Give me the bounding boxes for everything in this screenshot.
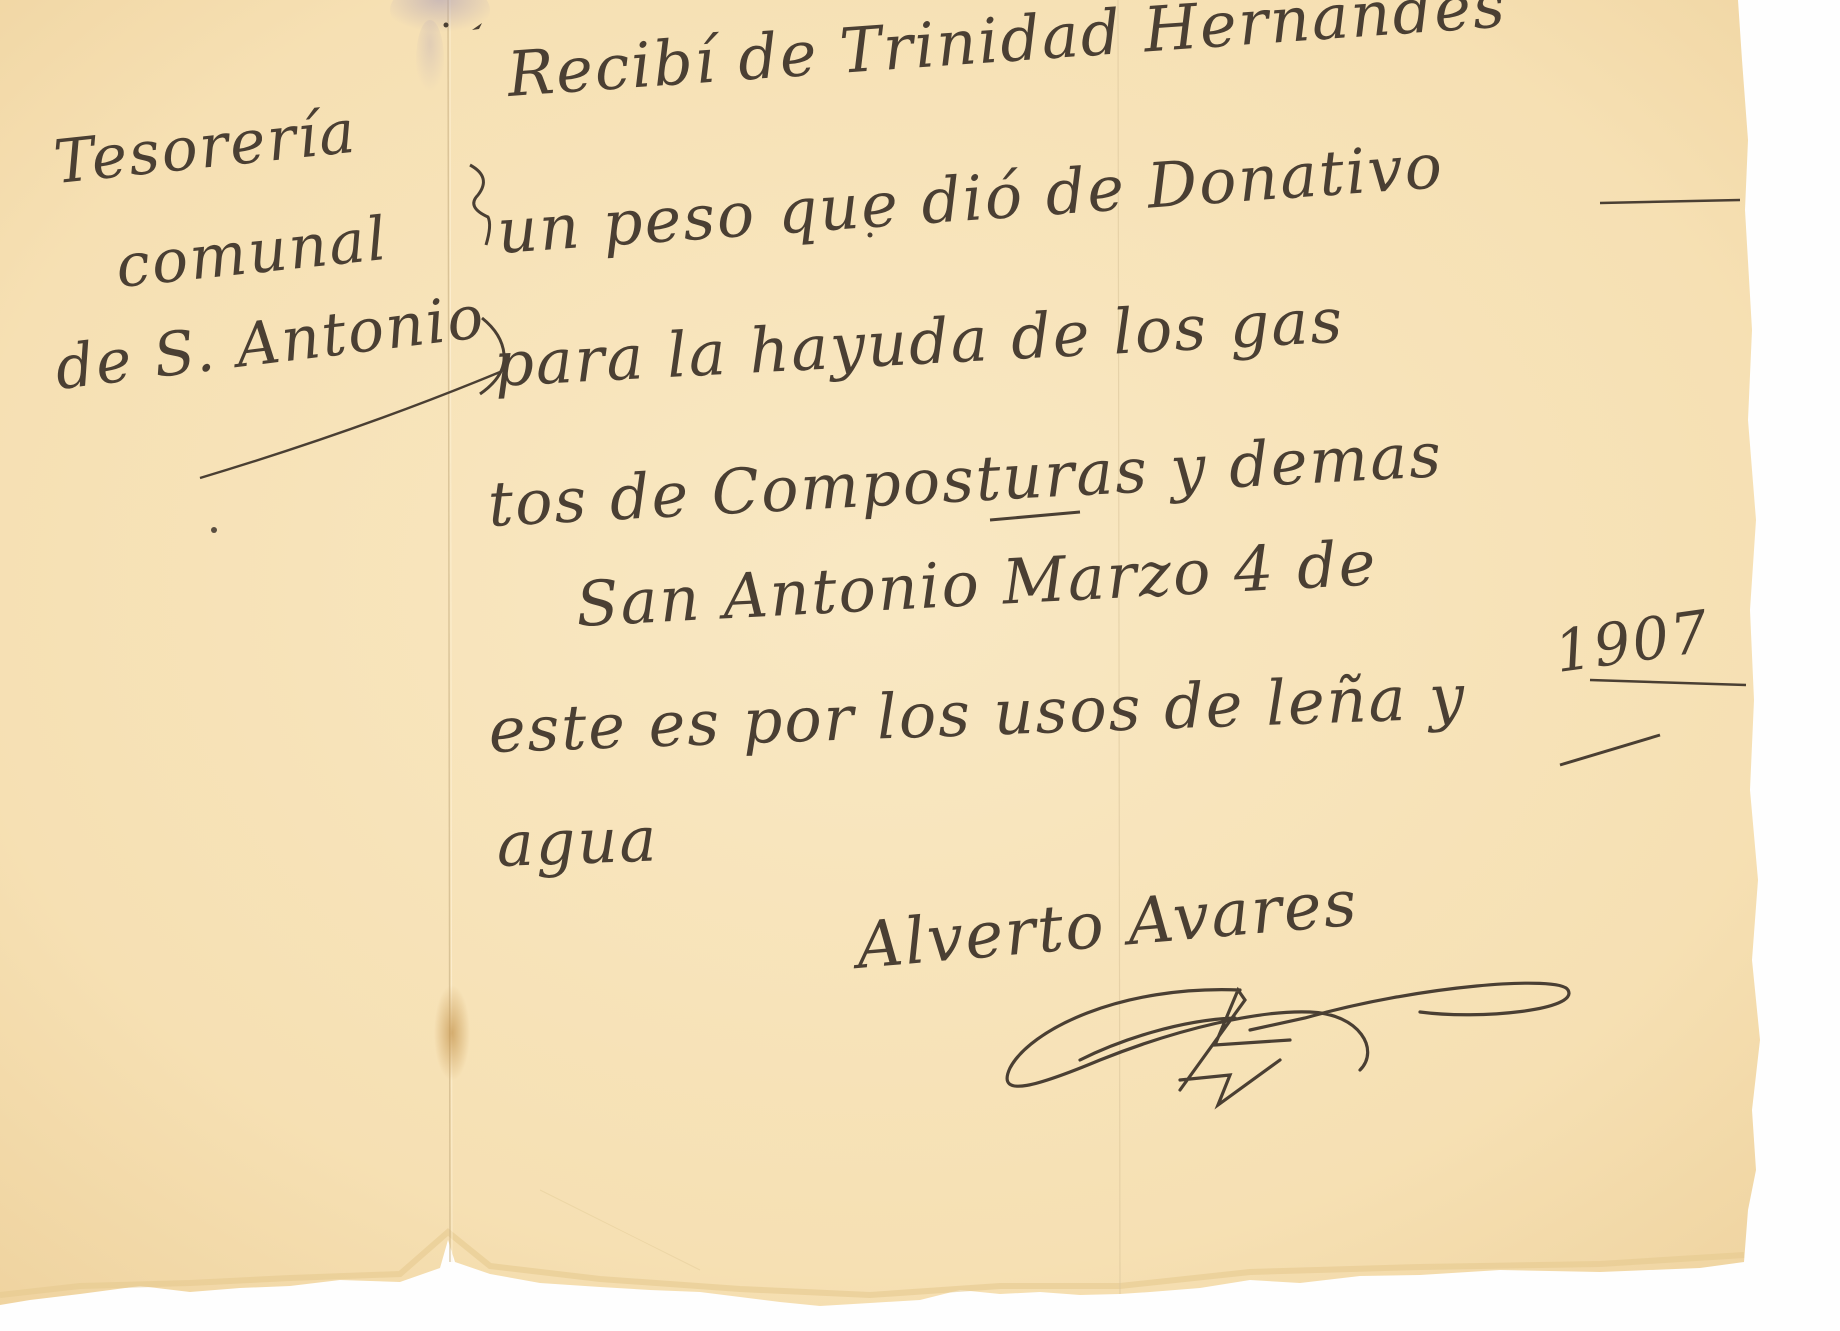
body-line-7: agua bbox=[495, 802, 659, 881]
receipt-document: Tesorería comunal de S. Antonio Recibí d… bbox=[0, 0, 1840, 1331]
